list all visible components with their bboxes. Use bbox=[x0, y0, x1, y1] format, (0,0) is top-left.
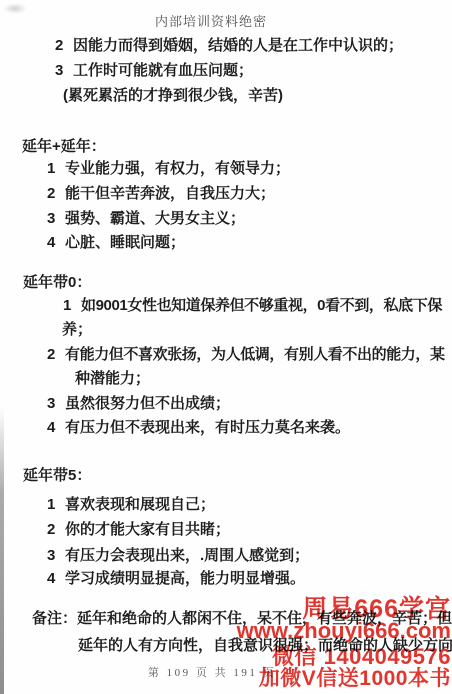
section-title: 延年带0： bbox=[23, 275, 91, 290]
list-item: 4有压力但不表现出来，有时压力莫名来袭。 bbox=[47, 420, 350, 435]
list-item: 4心脏、睡眠问题； bbox=[47, 235, 185, 250]
list-item: 2你的才能大家有目共睹； bbox=[47, 522, 230, 537]
list-item: 2能干但辛苦奔波，自我压力大； bbox=[47, 186, 275, 201]
list-item: 3虽然很努力但不出成绩； bbox=[47, 396, 230, 411]
section-title: 延年+延年： bbox=[22, 139, 106, 154]
item-number: 2 bbox=[47, 522, 65, 537]
item-number: 3 bbox=[47, 548, 65, 563]
doc-header: 内部培训资料绝密 bbox=[0, 11, 437, 30]
watermark-line: 加微V信送1000本书 bbox=[259, 668, 451, 689]
item-number: 1 bbox=[47, 161, 65, 176]
list-item: 3强势、霸道、大男女主义； bbox=[47, 211, 245, 226]
scan-edge-shadow bbox=[0, 408, 4, 694]
list-item: 3工作时可能就有血压问题； bbox=[55, 63, 253, 78]
item-number: 1 bbox=[63, 298, 81, 313]
item-number: 2 bbox=[47, 347, 65, 362]
item-text: 有压力但不表现出来，有时压力莫名来袭。 bbox=[65, 419, 350, 436]
item-text: 专业能力强，有权力，有领导力； bbox=[65, 160, 290, 177]
list-item: 4学习成绩明显提高，能力明显增强。 bbox=[47, 571, 305, 586]
wrap-line: 种潜能力； bbox=[75, 371, 150, 386]
watermark-line: 微信 1404049576 bbox=[272, 646, 451, 668]
item-number: 4 bbox=[47, 571, 65, 586]
section-title: 延年带5： bbox=[23, 468, 91, 483]
list-item: 2有能力但不喜欢张扬，为人低调，有别人看不出的能力，某 bbox=[47, 347, 445, 362]
item-number: 1 bbox=[47, 497, 65, 512]
item-number: 3 bbox=[47, 396, 65, 411]
item-text: 学习成绩明显提高，能力明显增强。 bbox=[65, 570, 305, 587]
item-number: 4 bbox=[47, 235, 65, 250]
item-text: 因能力而得到婚姻，结婚的人是在工作中认识的； bbox=[73, 37, 403, 54]
item-number: 2 bbox=[47, 186, 65, 201]
list-item: 1喜欢表现和展现自己； bbox=[47, 497, 215, 512]
list-item: 1专业能力强，有权力，有领导力； bbox=[47, 161, 290, 176]
item-text: 心脏、睡眠问题； bbox=[65, 234, 185, 251]
item-text: 有压力会表现出来，.周围人感觉到； bbox=[65, 547, 309, 564]
item-text: 有能力但不喜欢张扬，为人低调，有别人看不出的能力，某 bbox=[65, 346, 445, 363]
watermark-line: www.zhouyi666.com bbox=[237, 620, 451, 642]
document-page: 内部培训资料绝密 2因能力而得到婚姻，结婚的人是在工作中认识的； 3工作时可能就… bbox=[0, 0, 452, 694]
item-text: 你的才能大家有目共睹； bbox=[65, 521, 230, 538]
list-item: 2因能力而得到婚姻，结婚的人是在工作中认识的； bbox=[55, 38, 403, 53]
item-text: 工作时可能就有血压问题； bbox=[73, 62, 253, 79]
item-number: 3 bbox=[55, 63, 73, 78]
note-label: 备注： bbox=[32, 610, 77, 627]
list-item: 3有压力会表现出来，.周围人感觉到； bbox=[47, 548, 309, 563]
item-text: 喜欢表现和展现自己； bbox=[65, 496, 215, 513]
item-text: 虽然很努力但不出成绩； bbox=[65, 395, 230, 412]
list-item: 1如9001女性也知道保养但不够重视，0看不到，私底下保 bbox=[63, 298, 442, 313]
item-text: 强势、霸道、大男女主义； bbox=[65, 210, 245, 227]
item-text: 如9001女性也知道保养但不够重视，0看不到，私底下保 bbox=[81, 297, 442, 314]
wrap-line: 养； bbox=[62, 322, 92, 337]
item-text: 能干但辛苦奔波，自我压力大； bbox=[65, 185, 275, 202]
item-number: 3 bbox=[47, 211, 65, 226]
item-number: 4 bbox=[47, 420, 65, 435]
paren-note: (累死累活的才挣到很少钱，辛苦) bbox=[63, 88, 283, 103]
item-number: 2 bbox=[55, 38, 73, 53]
